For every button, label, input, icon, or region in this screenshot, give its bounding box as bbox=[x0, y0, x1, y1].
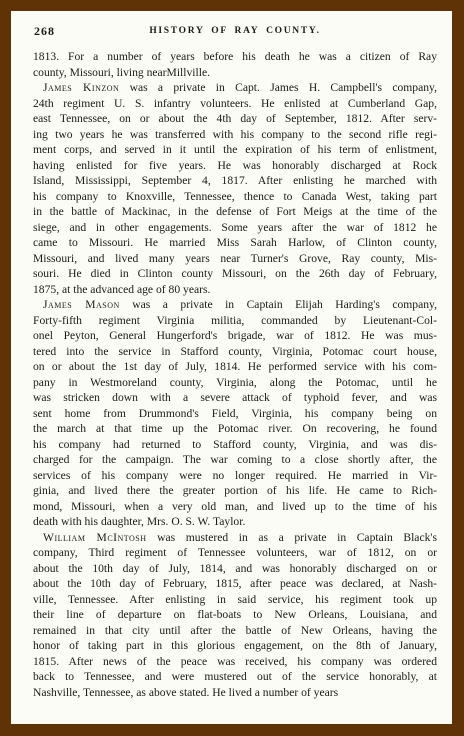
text-line: on or about the 1st day of July, 1814. H… bbox=[33, 359, 437, 375]
text-line: James Kinzon was a private in Capt. Jame… bbox=[33, 80, 437, 96]
text-line: James Mason was a private in Captain Eli… bbox=[33, 297, 437, 313]
text-line: souri. He died in Clinton county Missour… bbox=[33, 266, 437, 282]
text-line: onel Peyton, General Hungerford's brigad… bbox=[33, 328, 437, 344]
text-line: honor of taking part in this glorious en… bbox=[33, 638, 437, 654]
paragraph: James Kinzon was a private in Capt. Jame… bbox=[33, 80, 437, 297]
book-page: 268 HISTORY OF RAY COUNTY. 1813. For a n… bbox=[11, 11, 452, 724]
text-line: about the 10th day of February, 1815, af… bbox=[33, 576, 437, 592]
text-line: siege, and in other engagements. Some ye… bbox=[33, 220, 437, 236]
text-line: having enlisted for five years. He was h… bbox=[33, 158, 437, 174]
text-line: came to Missouri. He married Miss Sarah … bbox=[33, 235, 437, 251]
paragraph: 1813. For a number of years before his d… bbox=[33, 49, 437, 80]
text-line: tered into the service in Stafford count… bbox=[33, 344, 437, 360]
text-line: east Tennessee, on or about the 4th day … bbox=[33, 111, 437, 127]
text-line: about the 10th day of July, 1814, and wa… bbox=[33, 561, 437, 577]
text-line: mond, Missouri, when a very old man, and… bbox=[33, 499, 437, 515]
text-line: his company to Knoxville, Tennessee, the… bbox=[33, 189, 437, 205]
text-line: Missouri, and lived many years near Turn… bbox=[33, 251, 437, 267]
text-line: William McIntosh was mustered in as a pr… bbox=[33, 530, 437, 546]
text-line: Island, Mississippi, September 4, 1817. … bbox=[33, 173, 437, 189]
text-line: ville, Tennessee. After enlisting in sai… bbox=[33, 592, 437, 608]
running-title: HISTORY OF RAY COUNTY. bbox=[33, 26, 437, 36]
text-line: in the battle of Mackinac, in the defens… bbox=[33, 204, 437, 220]
text-line: ing two years he was transferred with hi… bbox=[33, 127, 437, 143]
person-name: James Kinzon bbox=[43, 81, 119, 94]
text-line: 1815. After news of the peace was receiv… bbox=[33, 654, 437, 670]
text-line: charged for the campaign. The war coming… bbox=[33, 452, 437, 468]
text-line: 1875, at the advanced age of 80 years. bbox=[33, 282, 437, 298]
text-line: was stricken down with a severe attack o… bbox=[33, 390, 437, 406]
text-line: ment corps, and served in it until the e… bbox=[33, 142, 437, 158]
text-line: 24th regiment U. S. infantry volunteers.… bbox=[33, 96, 437, 112]
text-line: sent home from Drummond's Field, Virgini… bbox=[33, 406, 437, 422]
text-line: ginia, and lived there the greater porti… bbox=[33, 483, 437, 499]
text-line: Nashville, Tennessee, as above stated. H… bbox=[33, 685, 437, 701]
paragraph: James Mason was a private in Captain Eli… bbox=[33, 297, 437, 530]
person-name: William McIntosh bbox=[43, 531, 147, 544]
text-line: their line of departure on flat-boats to… bbox=[33, 607, 437, 623]
text-line: death with his daughter, Mrs. O. S. W. T… bbox=[33, 514, 437, 530]
text-line: the march at that time up the Potomac ri… bbox=[33, 421, 437, 437]
text-line: remained in that city until after the ba… bbox=[33, 623, 437, 639]
person-name: James Mason bbox=[43, 298, 120, 311]
text-line: county, Missouri, living nearMillville. bbox=[33, 65, 437, 81]
page-header: 268 HISTORY OF RAY COUNTY. bbox=[33, 24, 437, 38]
text-line: company, Third regiment of Tennessee vol… bbox=[33, 545, 437, 561]
text-line: 1813. For a number of years before his d… bbox=[33, 49, 437, 65]
text-line: his company had returned to Stafford cou… bbox=[33, 437, 437, 453]
page-border-frame: 268 HISTORY OF RAY COUNTY. 1813. For a n… bbox=[0, 0, 464, 736]
paragraph: William McIntosh was mustered in as a pr… bbox=[33, 530, 437, 701]
text-line: services of his company were no longer r… bbox=[33, 468, 437, 484]
text-line: Forty-fifth regiment Virginia militia, c… bbox=[33, 313, 437, 329]
text-line: pany in Westmoreland county, Virginia, a… bbox=[33, 375, 437, 391]
text-line: back to Tennessee, and were mustered out… bbox=[33, 669, 437, 685]
page-body-text: 1813. For a number of years before his d… bbox=[33, 49, 437, 700]
